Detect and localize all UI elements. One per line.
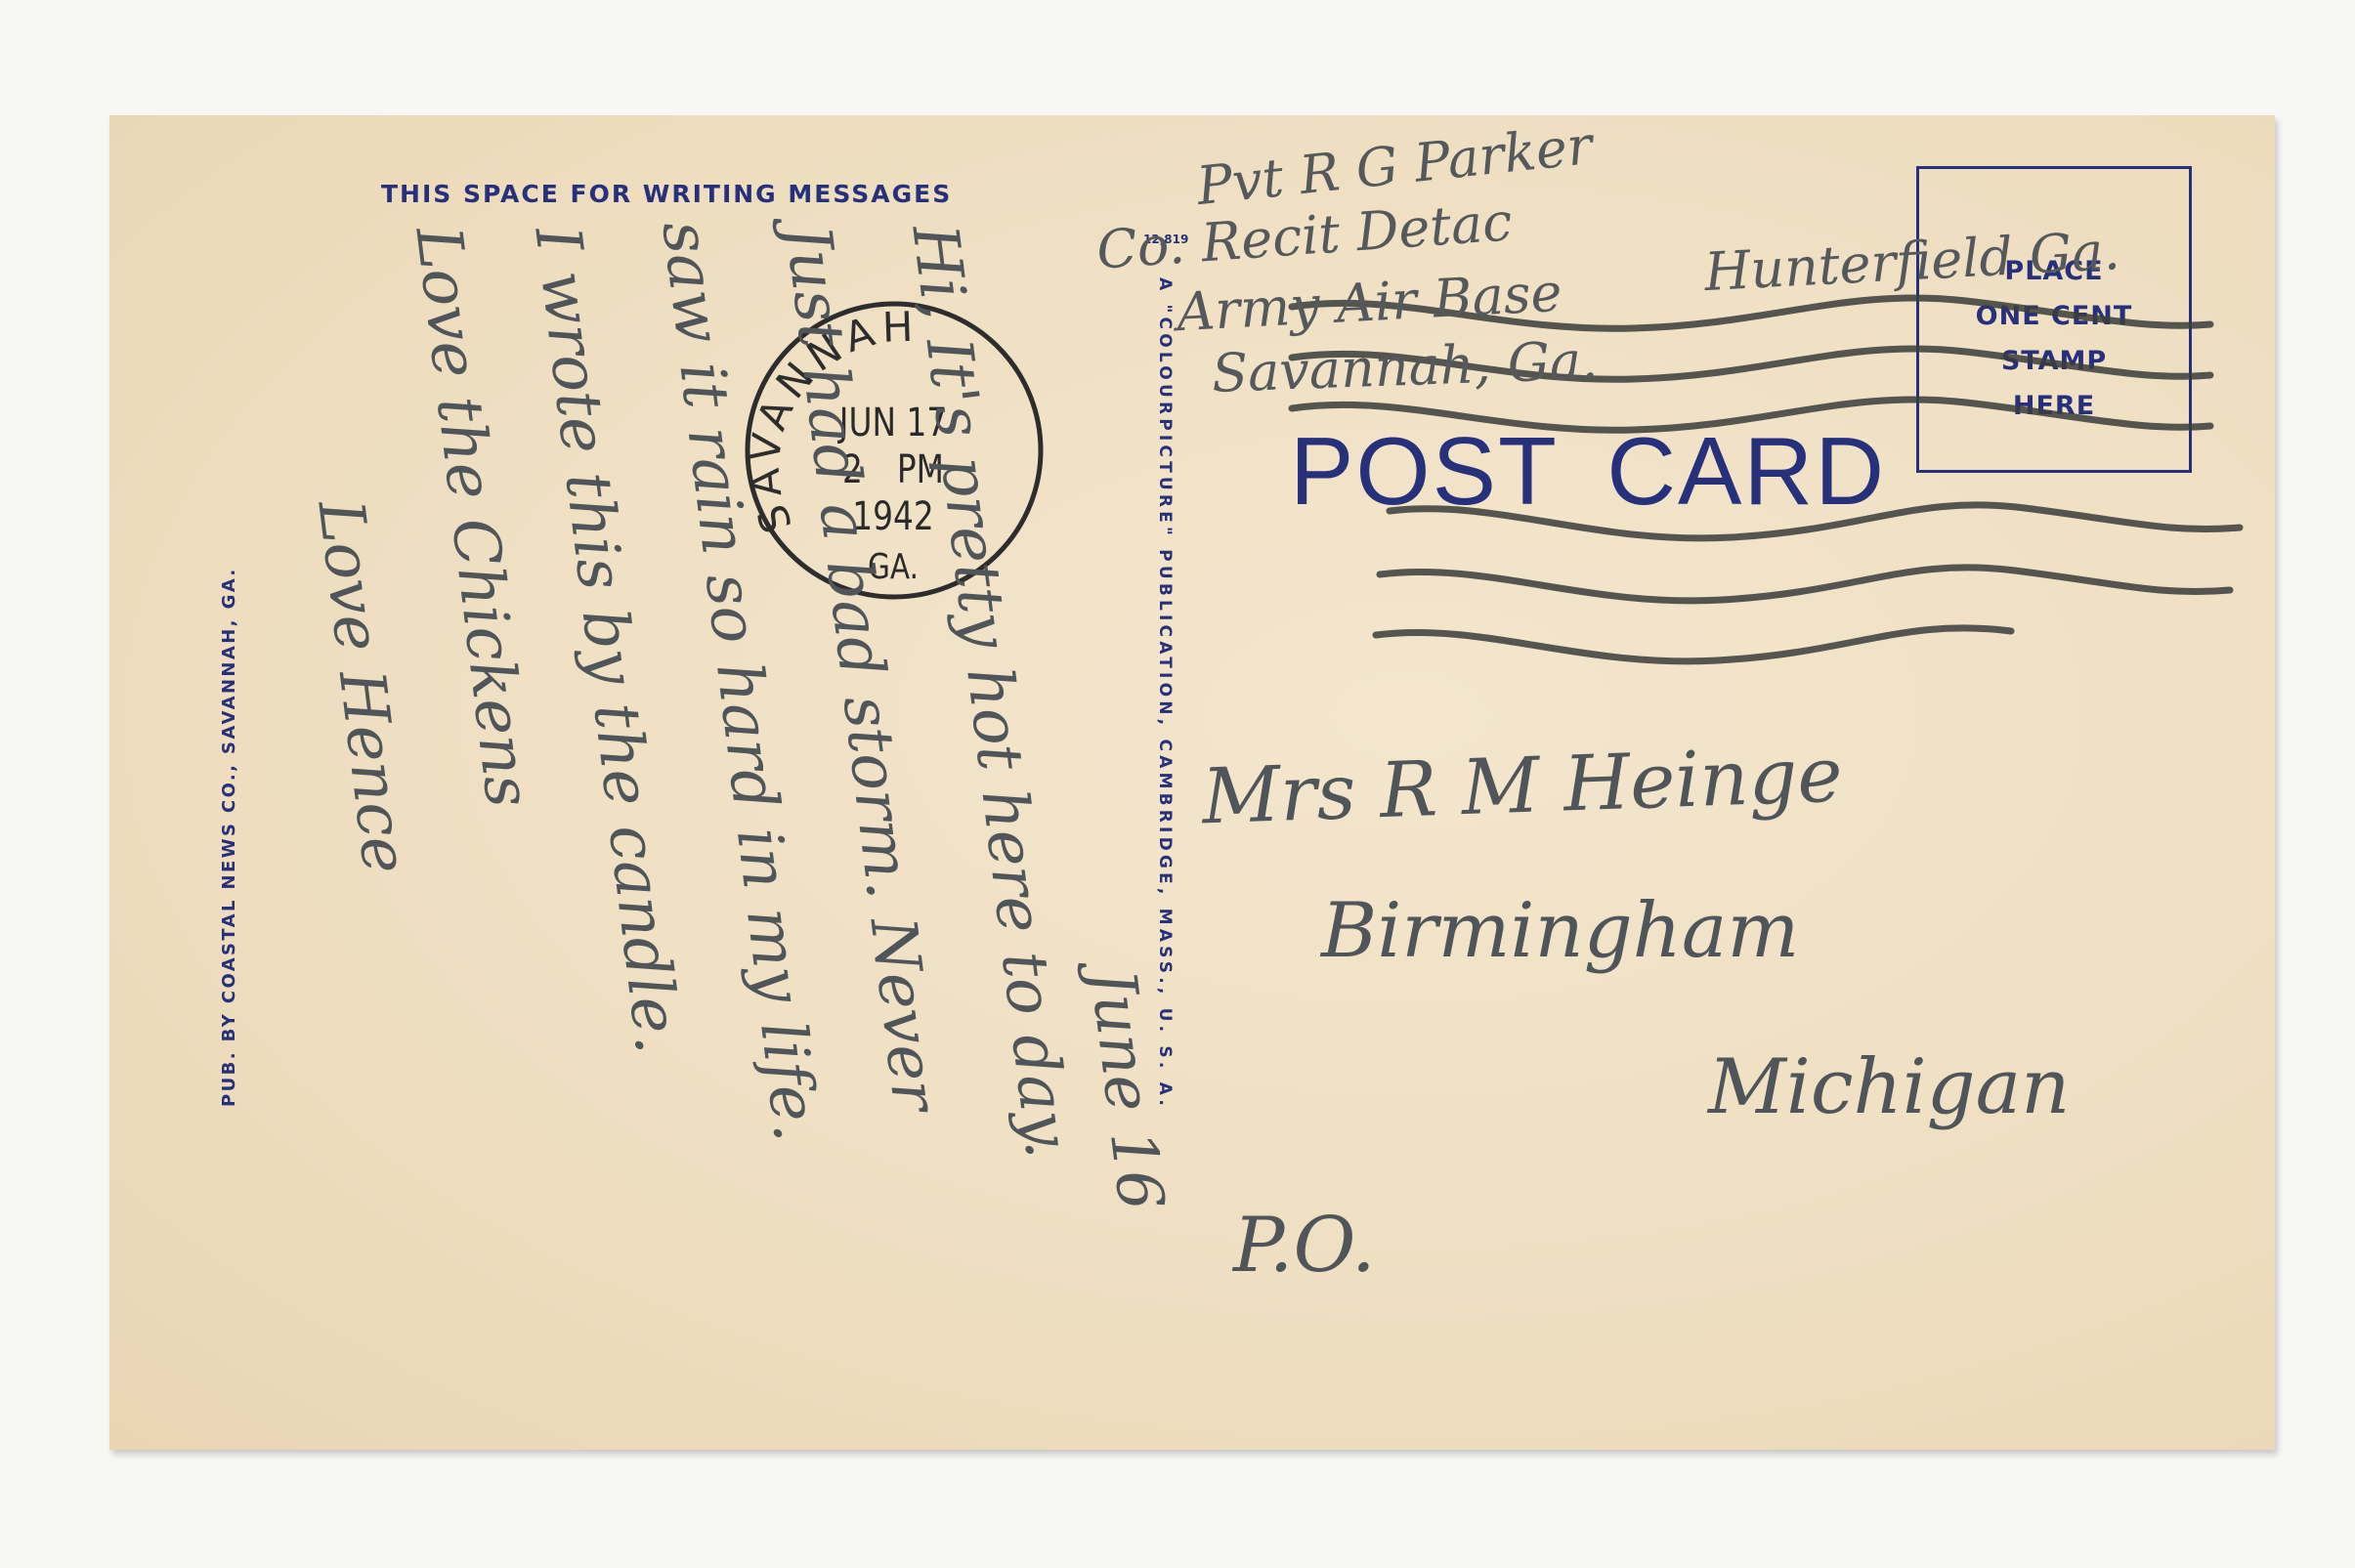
return-address-line: Army Air Base [1176, 262, 1563, 344]
recipient-line: Michigan [1708, 1043, 2070, 1131]
recipient-line: Birmingham [1321, 887, 1799, 975]
postcard: THIS SPACE FOR WRITING MESSAGES PUB. BY … [109, 115, 2275, 1450]
recipient-line: Mrs R M Heinge [1201, 732, 1844, 842]
recipient-line: P.O. [1233, 1202, 1376, 1290]
message-heading: THIS SPACE FOR WRITING MESSAGES [381, 180, 952, 208]
stamp-box-line: STAMP [1919, 339, 2189, 384]
stamp-box: PLACE ONE CENT STAMP HERE [1916, 166, 2192, 473]
message-line: Love the Chickens [402, 223, 544, 811]
message-signature: Love Hence [304, 496, 421, 877]
publisher-line: PUB. BY COASTAL NEWS CO., SAVANNAH, GA. [219, 567, 239, 1107]
stamp-box-line: HERE [1919, 384, 2189, 429]
printer-line: A "COLOURPICTURE" PUBLICATION, CAMBRIDGE… [1155, 277, 1175, 1110]
post-card-title: POST CARD [1290, 416, 1886, 527]
stamp-box-line: ONE CENT [1919, 294, 2189, 339]
return-address-line: Savannah, Ga. [1211, 329, 1599, 404]
